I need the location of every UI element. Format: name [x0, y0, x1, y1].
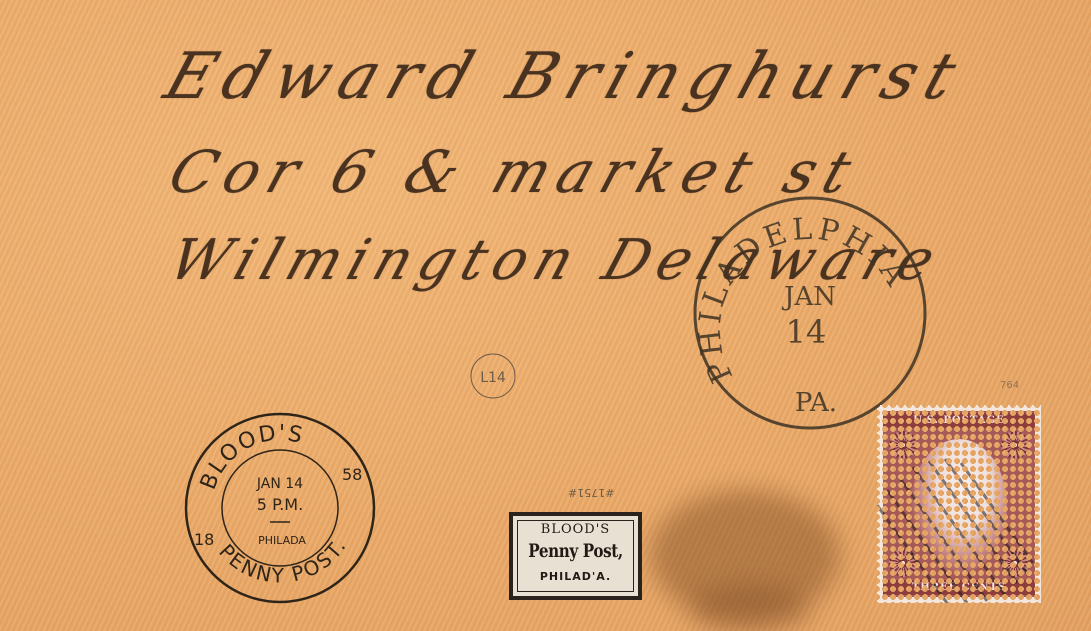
svg-text:PHILADA: PHILADA [258, 534, 306, 547]
svg-text:5 P.M.: 5 P.M. [257, 495, 303, 514]
svg-text:JAN 14: JAN 14 [256, 476, 303, 492]
label-line-2: Penny Post, [526, 540, 626, 562]
philadelphia-postmark: PHILADELPHIA JAN 14 PA. [690, 193, 930, 433]
phila-day: 14 [786, 313, 827, 351]
grid-cancel [877, 405, 1041, 603]
us-3c-stamp: U.S. POSTAGE THREE CENTS [877, 405, 1041, 603]
bloods-postmark: BLOOD'S PENNY POST. 18 58 JAN 14 5 P.M. … [182, 410, 378, 606]
phila-state: PA. [795, 388, 837, 418]
phila-month: JAN [781, 282, 836, 312]
water-stain-small [690, 585, 810, 631]
label-line-1: BLOOD'S [513, 522, 638, 537]
bloods-penny-post-label: BLOOD'S Penny Post, PHILAD'A. [509, 512, 642, 600]
address-line-name: Edward Bringhurst [156, 40, 974, 114]
pencil-corner-note: 764 [1000, 380, 1019, 391]
svg-text:L14: L14 [480, 370, 506, 386]
pencil-circled-note: L14 [468, 346, 518, 402]
label-line-3: PHILAD'A. [513, 570, 638, 583]
svg-text:58: 58 [342, 465, 362, 484]
envelope: Edward Bringhurst Cor 6 & market st Wilm… [0, 0, 1091, 631]
pencil-catalog-note: #1751# [568, 486, 614, 499]
svg-text:18: 18 [194, 530, 214, 549]
